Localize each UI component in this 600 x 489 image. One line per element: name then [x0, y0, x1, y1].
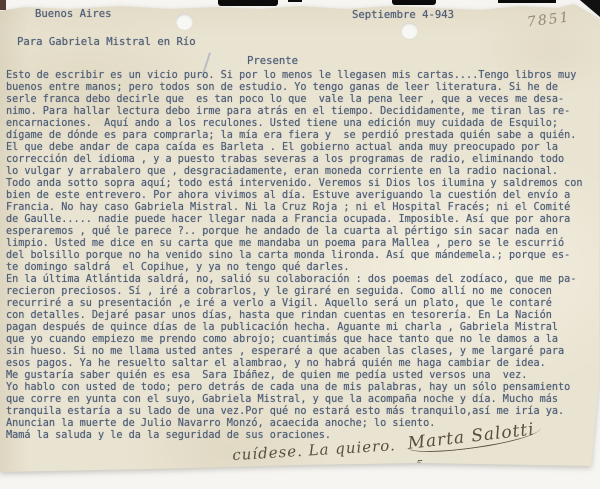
body-line: pagan después de quince días de la publi…	[6, 322, 583, 334]
body-line: limpio. Usted me dice en su carta que me…	[6, 238, 583, 250]
body-line: te domingo saldrá el Copihue, y ya no te…	[6, 262, 583, 274]
letter-page: Buenos Aires Septiembre 4-943 Para Gabri…	[0, 0, 600, 489]
body-line: tranquila estaría a su lado de una vez.P…	[6, 406, 583, 418]
body-line: corrección del idioma , y a puesto traba…	[6, 154, 583, 166]
body-line: lo vulgar y arrabalero que , desgraciada…	[6, 166, 583, 178]
body-line: recieron preciosos. Sí , iré a cobrarlos…	[6, 286, 583, 298]
body-line: Francia. No hay caso Gabriela Mistral. N…	[6, 202, 583, 214]
punch-hole	[401, 23, 418, 39]
letter-body: Esto de escribir es un vicio puro. Si po…	[6, 70, 583, 442]
body-line: de Gaulle..... nadie puede hacer llegar …	[6, 214, 583, 226]
letter-city: Buenos Aires	[35, 8, 112, 20]
paper-shadow: Buenos Aires Septiembre 4-943 Para Gabri…	[0, 0, 600, 489]
body-line: Me gustaría saber quién es esa Sara Ibáñ…	[6, 370, 583, 382]
letter-recipient: Para Gabriela Mistral en Río	[17, 36, 196, 48]
body-line: dígame de dónde es para comprarla; la mí…	[6, 130, 583, 142]
body-line: con detalles. Dejaré pasar unos días, ha…	[6, 310, 583, 322]
body-line: esos pagos. Ya he resuelto saltar el ala…	[6, 358, 583, 370]
letter-date: Septiembre 4-943	[352, 9, 454, 21]
body-line: buenos entre manos; pero todos son de es…	[6, 82, 583, 94]
body-line: recurriré a su presentación ,e iré a ver…	[6, 298, 583, 310]
body-line: Yo hablo con usted de todo; pero detrás …	[6, 382, 583, 394]
body-line: que corre en yunta con el suyo, Gabriela…	[6, 394, 583, 406]
body-line: que yo cuando empiezo me prendo como abr…	[6, 334, 583, 346]
body-line: esperaremos , qué le parece ?.. porque h…	[6, 226, 583, 238]
body-line: serle franca debo decirle que es tan poc…	[6, 94, 583, 106]
punch-hole	[176, 14, 193, 30]
body-line: bien de este entrevero. Por ahora vivimo…	[6, 190, 583, 202]
body-line: del bolsillo porque no ha venido sino la…	[6, 250, 583, 262]
edge-stain	[0, 0, 6, 10]
body-line: encarnaciones. Aquí ando a los reculones…	[6, 118, 583, 130]
signature-mark: 5	[416, 458, 423, 471]
body-line: nimo. Para hallar lectura debo irme para…	[6, 106, 583, 118]
body-line: Todo anda sotto sopra aquí; todo está in…	[6, 178, 583, 190]
body-line: El que debe andar de capa caída es Barle…	[6, 142, 583, 154]
body-line: Esto de escribir es un vicio puro. Si po…	[6, 70, 583, 82]
scanned-letter: Buenos Aires Septiembre 4-943 Para Gabri…	[0, 0, 600, 489]
body-line: sin hueso. Si no me llama usted antes , …	[6, 346, 583, 358]
body-line: En la última Atlántida saldrá, no, salió…	[6, 274, 583, 286]
letter-salutation: Presente	[247, 55, 298, 67]
